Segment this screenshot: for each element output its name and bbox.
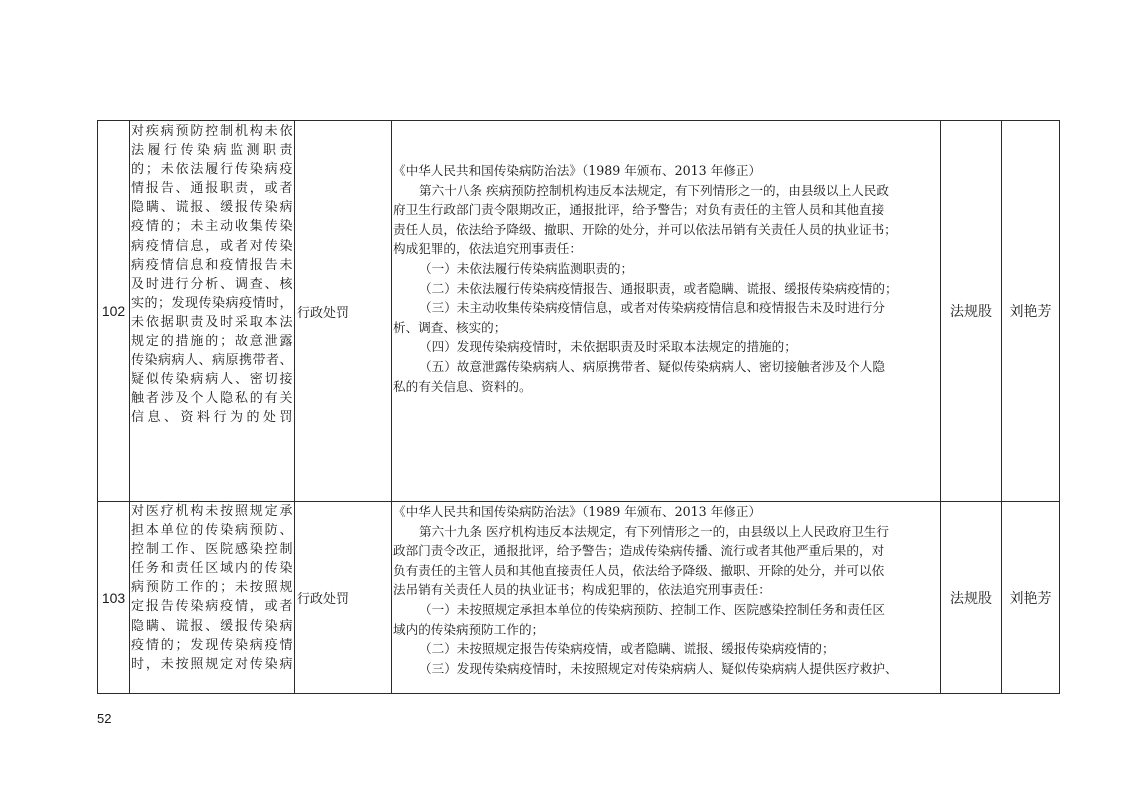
basis-line: （二）未依法履行传染病疫情报告、通报职责，或者隐瞒、谎报、缓报传染病疫情的； <box>393 279 939 299</box>
basis-line: 责任人员，依法给予降级、撤职、开除的处分，并可以依法吊销有关责任人员的执业证书； <box>393 220 939 240</box>
description-line: 疫情的；发现传染病疫情 <box>131 636 293 655</box>
description-line: 的；未依法履行传染病疫 <box>131 160 293 179</box>
basis-line: 域内的传染病预防工作的； <box>393 620 939 640</box>
description-line: 对医疗机构未按照规定承 <box>131 502 293 521</box>
basis-line: 《中华人民共和国传染病防治法》（1989 年颁布、2013 年修正） <box>393 502 939 522</box>
basis-line: 政部门责令改正，通报批评，给予警告；造成传染病传播、流行或者其他严重后果的，对 <box>393 541 939 561</box>
basis-line: 法吊销有关责任人员的执业证书；构成犯罪的，依法追究刑事责任： <box>393 580 939 600</box>
item-number: 103 <box>98 502 130 694</box>
responsible-person: 刘艳芳 <box>1002 502 1060 694</box>
basis-line: （二）未按照规定报告传染病疫情，或者隐瞒、谎报、缓报传染病疫情的； <box>393 639 939 659</box>
table-row: 103 对医疗机构未按照规定承 担本单位的传染病预防、 控制工作、医院感染控制 … <box>98 502 1060 694</box>
penalty-table: 102 对疾病预防控制机构未依 法履行传染病监测职责 的；未依法履行传染病疫 情… <box>97 120 1060 694</box>
responsible-department: 法规股 <box>941 121 1002 502</box>
description-line: 情报告、通报职责，或者 <box>131 179 293 198</box>
item-description: 对疾病预防控制机构未依 法履行传染病监测职责 的；未依法履行传染病疫 情报告、通… <box>130 121 295 502</box>
description-line: 定报告传染病疫情，或者 <box>131 597 293 616</box>
description-line: 未依据职责及时采取本法 <box>131 313 293 332</box>
description-line: 及时进行分析、调查、核 <box>131 275 293 294</box>
basis-line: 府卫生行政部门责令限期改正，通报批评，给予警告；对负有责任的主管人员和其他直接 <box>393 200 939 220</box>
basis-line: 构成犯罪的，依法追究刑事责任： <box>393 239 939 259</box>
legal-basis: 《中华人民共和国传染病防治法》（1989 年颁布、2013 年修正） 第六十九条… <box>392 502 941 694</box>
legal-basis: 《中华人民共和国传染病防治法》（1989 年颁布、2013 年修正） 第六十八条… <box>392 121 941 502</box>
penalty-type: 行政处罚 <box>295 121 392 502</box>
page-number: 52 <box>97 711 111 726</box>
description-line: 传染病病人、病原携带者、 <box>131 351 293 370</box>
basis-line: 负有责任的主管人员和其他直接责任人员，依法给予降级、撤职、开除的处分，并可以依 <box>393 561 939 581</box>
document-page: 102 对疾病预防控制机构未依 法履行传染病监测职责 的；未依法履行传染病疫 情… <box>0 0 1122 793</box>
basis-line: （三）未主动收集传染病疫情信息，或者对传染病疫情信息和疫情报告未及时进行分 <box>393 298 939 318</box>
responsible-person: 刘艳芳 <box>1002 121 1060 502</box>
description-line: 信息、资料行为的处罚 <box>131 408 293 427</box>
description-line: 实的；发现传染病疫情时， <box>131 294 293 313</box>
description-line: 对疾病预防控制机构未依 <box>131 122 293 141</box>
item-number: 102 <box>98 121 130 502</box>
basis-line: 私的有关信息、资料的。 <box>393 377 939 397</box>
item-description: 对医疗机构未按照规定承 担本单位的传染病预防、 控制工作、医院感染控制 任务和责… <box>130 502 295 694</box>
basis-line: 第六十八条 疾病预防控制机构违反本法规定，有下列情形之一的，由县级以上人民政 <box>393 181 939 201</box>
basis-line: 第六十九条 医疗机构违反本法规定，有下列情形之一的，由县级以上人民政府卫生行 <box>393 522 939 542</box>
description-line: 规定的措施的；故意泄露 <box>131 332 293 351</box>
penalty-type: 行政处罚 <box>295 502 392 694</box>
basis-line: （一）未依法履行传染病监测职责的； <box>393 259 939 279</box>
description-line: 疑似传染病病人、密切接 <box>131 370 293 389</box>
basis-line: 《中华人民共和国传染病防治法》（1989 年颁布、2013 年修正） <box>393 161 939 181</box>
description-line: 控制工作、医院感染控制 <box>131 540 293 559</box>
description-line: 病疫情信息和疫情报告未 <box>131 256 293 275</box>
description-line: 隐瞒、谎报、缓报传染病 <box>131 617 293 636</box>
basis-line: （四）发现传染病疫情时，未依据职责及时采取本法规定的措施的； <box>393 337 939 357</box>
basis-line: （一）未按照规定承担本单位的传染病预防、控制工作、医院感染控制任务和责任区 <box>393 600 939 620</box>
description-line: 疫情的；未主动收集传染 <box>131 217 293 236</box>
basis-line: （五）故意泄露传染病病人、病原携带者、疑似传染病病人、密切接触者涉及个人隐 <box>393 357 939 377</box>
basis-line: 析、调查、核实的； <box>393 318 939 338</box>
responsible-department: 法规股 <box>941 502 1002 694</box>
description-line: 隐瞒、谎报、缓报传染病 <box>131 198 293 217</box>
basis-line: （三）发现传染病疫情时，未按照规定对传染病病人、疑似传染病病人提供医疗救护、 <box>393 659 939 679</box>
description-line: 时，未按照规定对传染病 <box>131 655 293 674</box>
table-row: 102 对疾病预防控制机构未依 法履行传染病监测职责 的；未依法履行传染病疫 情… <box>98 121 1060 502</box>
description-line: 病预防工作的；未按照规 <box>131 578 293 597</box>
description-line: 担本单位的传染病预防、 <box>131 521 293 540</box>
description-line: 触者涉及个人隐私的有关 <box>131 389 293 408</box>
description-line: 任务和责任区域内的传染 <box>131 559 293 578</box>
description-line: 法履行传染病监测职责 <box>131 141 293 160</box>
description-line: 病疫情信息，或者对传染 <box>131 237 293 256</box>
